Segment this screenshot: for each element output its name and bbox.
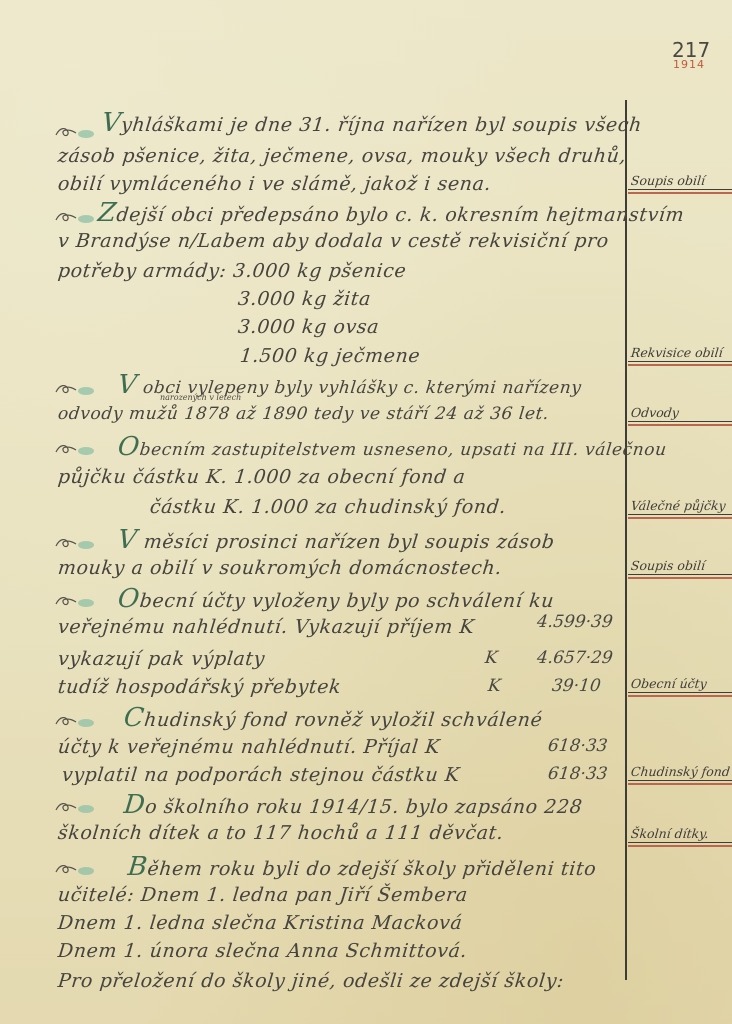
entry-9-line-4: Dnem 1. února slečna Anna Schmittová.	[57, 940, 468, 962]
margin-rule	[625, 100, 627, 980]
margin-heading-obecni-ucty: Obecní účty	[628, 676, 732, 697]
heading-red-rule	[628, 695, 732, 697]
margin-heading-label: Školní dítky.	[627, 826, 732, 841]
margin-heading-skolni-ditky: Školní dítky.	[628, 826, 732, 847]
margin-heading-label: Odvody	[627, 405, 732, 420]
entry-4-line-3: částku K. 1.000 za chudinský fond.	[149, 496, 507, 518]
entry-2-line-4: 3.000 kg žita	[237, 288, 372, 310]
entry-2-line-1: Zdejší obci předepsáno bylo c. k. okresn…	[96, 198, 686, 228]
entry-4-line-1: Obecním zastupitelstvem usneseno, upsati…	[116, 432, 668, 462]
margin-heading-label: Obecní účty	[627, 676, 732, 691]
heading-red-rule	[628, 577, 732, 579]
entry-1-line-2: zásob pšenice, žita, ječmene, ovsa, mouk…	[57, 145, 628, 167]
margin-heading-soupis-obili-2: Soupis obilí	[628, 558, 732, 579]
entry-3-line-2: odvody mužů 1878 až 1890 tedy ve stáří 2…	[57, 404, 550, 424]
entry-6-line-2: veřejnému nahlédnutí. Vykazují příjem K	[57, 616, 476, 638]
margin-heading-label: Chudinský fond	[627, 764, 732, 779]
heading-underline	[628, 189, 732, 190]
paragraph-flourish-icon	[54, 380, 98, 398]
entry-6-line-3: vykazují pak výplaty	[57, 648, 266, 670]
entry-1-line-3: obilí vymláceného i ve slámě, jakož i se…	[57, 173, 493, 195]
heading-red-rule	[628, 517, 732, 519]
entry-6-surplus-currency: K	[487, 676, 502, 696]
entry-9-line-5: Pro přeložení do školy jiné, odešli ze z…	[57, 970, 565, 992]
heading-underline	[628, 692, 732, 693]
entry-2-line-5: 3.000 kg ovsa	[237, 316, 381, 338]
margin-heading-chudinsky-fond: Chudinský fond	[628, 764, 732, 785]
ledger-page: 217 1914 Vyhláškami je dne 31. října nař…	[0, 0, 732, 1024]
entry-6-expense-amount: 4.657·29	[536, 648, 614, 668]
entry-2-line-2: v Brandýse n/Labem aby dodala v cestě re…	[57, 230, 610, 252]
entry-5-line-1: V měsíci prosinci nařízen byl soupis zás…	[116, 525, 556, 555]
heading-red-rule	[628, 783, 732, 785]
entry-9-line-3: Dnem 1. ledna slečna Kristina Macková	[57, 912, 464, 934]
paragraph-flourish-icon	[54, 208, 98, 226]
paragraph-flourish-icon	[54, 123, 98, 141]
entry-7-paid-amount: 618·33	[547, 764, 609, 784]
heading-underline	[628, 780, 732, 781]
entry-1-line-1: Vyhláškami je dne 31. října nařízen byl …	[100, 108, 643, 138]
margin-heading-label: Soupis obilí	[627, 558, 732, 573]
entry-7-line-1: Chudinský fond rovněž vyložil schválené	[122, 703, 544, 733]
entry-7-line-3: vyplatil na podporách stejnou částku K	[61, 764, 461, 786]
heading-underline	[628, 361, 732, 362]
entry-3-insert-note: narozených v letech	[160, 393, 241, 402]
margin-heading-label: Rekvisice obilí	[627, 345, 732, 360]
entry-7-line-2: účty k veřejnému nahlédnutí. Příjal K	[57, 736, 441, 758]
entry-6-surplus-amount: 39·10	[551, 676, 602, 696]
margin-heading-odvody: Odvody	[628, 405, 732, 426]
entry-9-line-1: Během roku byli do zdejší školy přidělen…	[126, 852, 598, 882]
entry-6-income-amount: 4.599·39	[536, 612, 614, 632]
entry-8-line-1: Do školního roku 1914/15. bylo zapsáno 2…	[122, 790, 584, 820]
entry-6-line-4: tudíž hospodářský přebytek	[57, 676, 342, 698]
heading-red-rule	[628, 845, 732, 847]
paragraph-flourish-icon	[54, 534, 98, 552]
entry-2-line-3: potřeby armády: 3.000 kg pšenice	[57, 260, 408, 282]
margin-heading-valecne-pujcky: Válečné půjčky	[628, 498, 732, 519]
entry-2-line-6: 1.500 kg ječmene	[239, 345, 422, 367]
paragraph-flourish-icon	[54, 860, 98, 878]
entry-7-income-amount: 618·33	[547, 736, 609, 756]
paragraph-flourish-icon	[54, 712, 98, 730]
margin-heading-label: Válečné půjčky	[627, 498, 732, 513]
heading-underline	[628, 421, 732, 422]
heading-underline	[628, 842, 732, 843]
entry-4-line-2: půjčku částku K. 1.000 za obecní fond a	[57, 466, 467, 488]
entry-8-line-2: školních dítek a to 117 hochů a 111 děvč…	[57, 822, 505, 844]
paragraph-flourish-icon	[54, 798, 98, 816]
margin-heading-label: Soupis obilí	[627, 173, 732, 188]
heading-red-rule	[628, 424, 732, 426]
page-year: 1914	[673, 58, 705, 71]
paragraph-flourish-icon	[54, 592, 98, 610]
entry-6-line-1: Obecní účty vyloženy byly po schválení k…	[116, 584, 556, 614]
paragraph-flourish-icon	[54, 440, 98, 458]
chronicle-body: Vyhláškami je dne 31. října nařízen byl …	[0, 0, 625, 1024]
entry-6-expense-currency: K	[484, 648, 499, 668]
margin-heading-rekvisice-obili: Rekvisice obilí	[628, 345, 732, 366]
heading-underline	[628, 514, 732, 515]
heading-red-rule	[628, 364, 732, 366]
entry-9-line-2: učitelé: Dnem 1. ledna pan Jiří Šembera	[57, 884, 469, 906]
heading-underline	[628, 574, 732, 575]
heading-red-rule	[628, 192, 732, 194]
margin-heading-soupis-obili: Soupis obilí	[628, 173, 732, 194]
entry-5-line-2: mouky a obilí v soukromých domácnostech.	[57, 557, 503, 579]
